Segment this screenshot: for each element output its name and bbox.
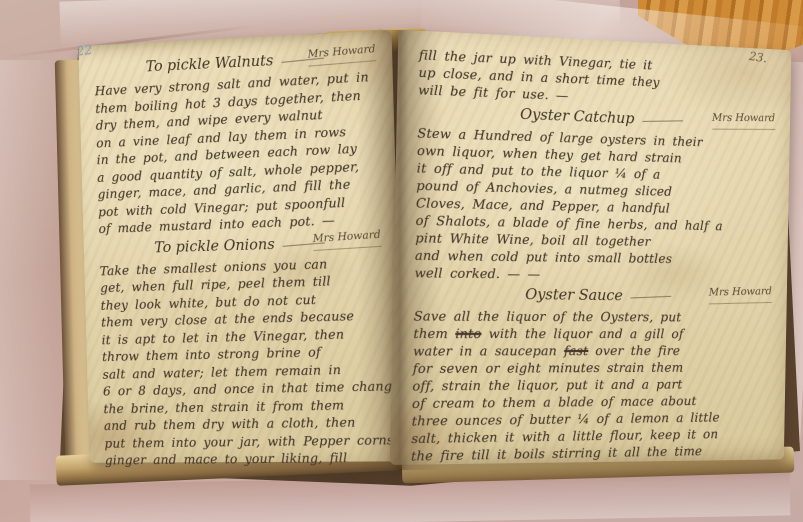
- recipe-attribution: Mrs Howard: [312, 224, 381, 251]
- manuscript-photo: 22 To pickle WalnutsMrs HowardHave very …: [0, 0, 803, 522]
- left-page-text: To pickle WalnutsMrs HowardHave very str…: [78, 30, 403, 463]
- recipe-heading: Oyster SauceMrs Howard: [414, 283, 774, 307]
- manuscript-line: water in a saucepan fast over the fire: [413, 342, 773, 360]
- recipe-attribution: Mrs Howard: [307, 39, 376, 67]
- manuscript-line: for seven or eight minutes strain them: [413, 359, 773, 378]
- manuscript-line: ginger and mace to your liking, fill: [105, 448, 390, 468]
- recipe-title: To pickle Onions: [154, 233, 325, 258]
- right-page-number: 23.: [748, 49, 767, 65]
- manuscript-line: Save all the liquor of the Oysters, put: [414, 307, 774, 325]
- recipe-attribution: Mrs Howard: [712, 108, 775, 130]
- manuscript-line: well corked. — —: [415, 264, 775, 285]
- left-page: 22 To pickle WalnutsMrs HowardHave very …: [78, 30, 403, 463]
- left-page-number: 22: [76, 43, 93, 60]
- manuscript-line: them into with the liquor and a gill of: [413, 325, 773, 342]
- recipe-attribution: Mrs Howard: [709, 281, 772, 304]
- right-page: 23. fill the jar up with Vinegar, tie it…: [390, 29, 791, 464]
- right-page-text: fill the jar up with Vinegar, tie itup c…: [390, 29, 791, 464]
- recipe-title: Oyster Sauce: [525, 285, 672, 307]
